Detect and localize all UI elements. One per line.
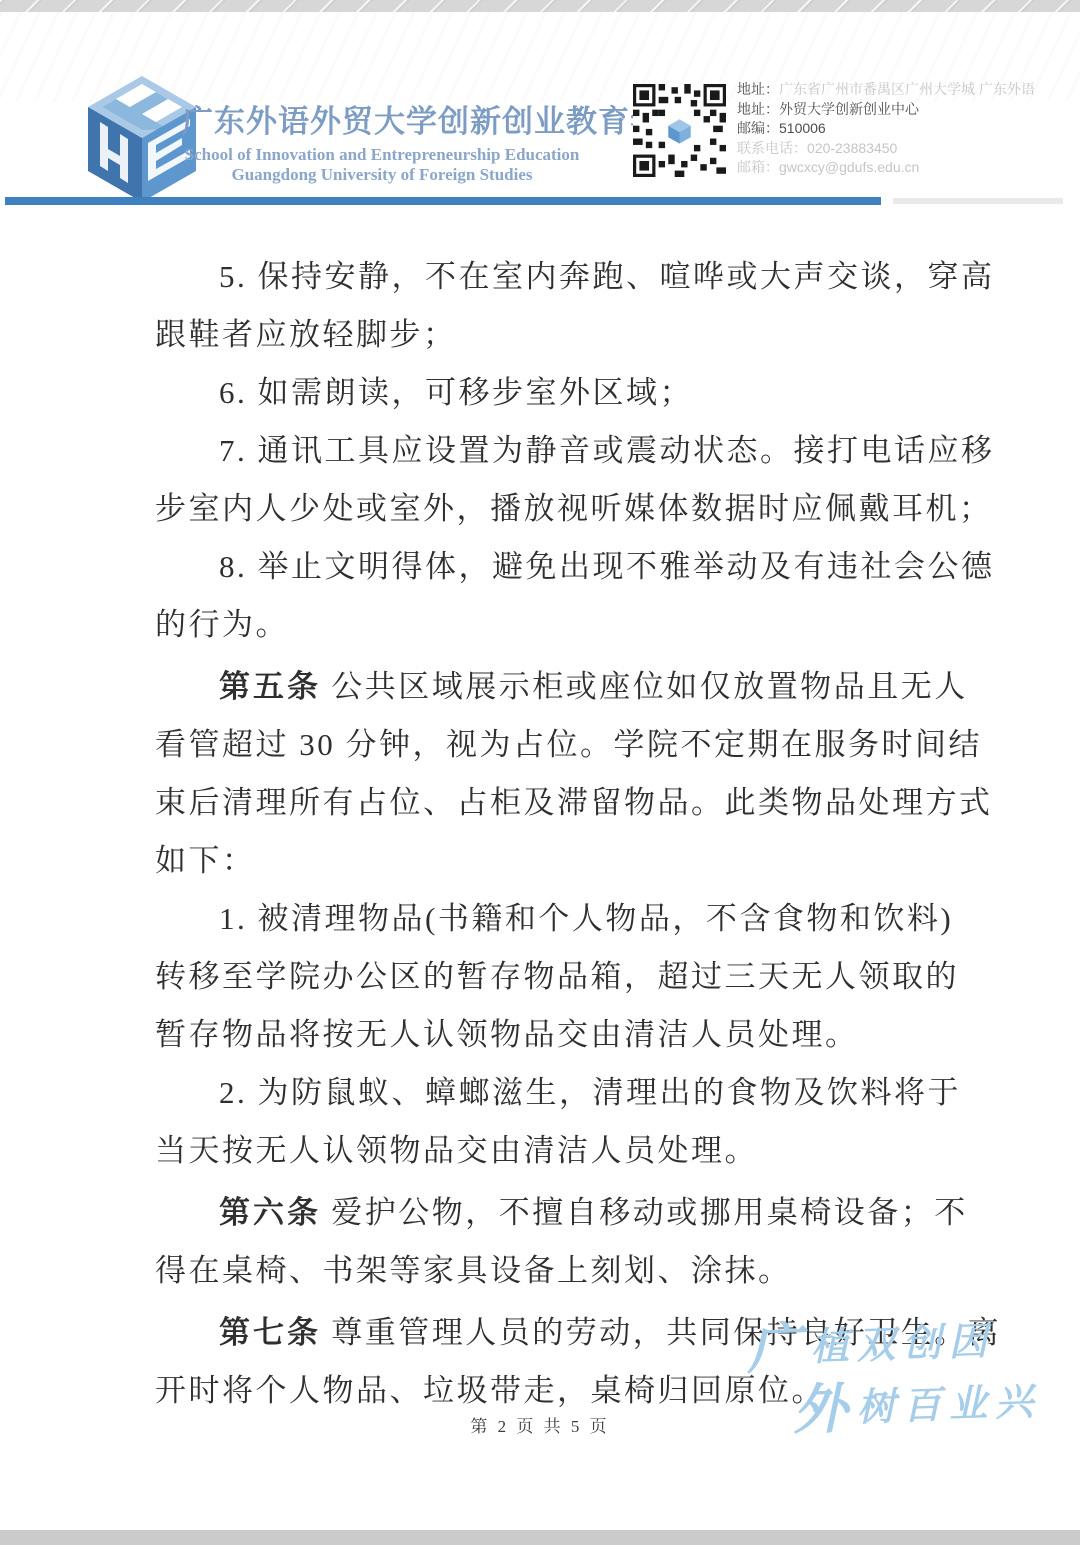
body-line: 步室内人少处或室外，播放视听媒体数据时应佩戴耳机；	[155, 480, 935, 538]
contact-info-block: 地址：广东省广州市番禺区广州大学城 广东外语 地址：外贸大学创新创业中心 邮编：…	[737, 80, 1067, 178]
document-body: 5. 保持安静，不在室内奔跑、喧哗或大声交谈，穿高 跟鞋者应放轻脚步； 6. 如…	[155, 248, 935, 1420]
contact-line-address-1: 地址：广东省广州市番禺区广州大学城 广东外语	[737, 80, 1067, 100]
body-line: 7. 通讯工具应设置为静音或震动状态。接打电话应移	[155, 422, 935, 480]
page-number-footer: 第 2 页 共 5 页	[0, 1412, 1080, 1437]
body-line-article-5: 第五条 公共区域展示柜或座位如仅放置物品且无人	[155, 658, 935, 716]
scanner-edge-bottom	[0, 1530, 1080, 1545]
school-title-en-2: Guangdong University of Foreign Studies	[182, 165, 582, 185]
contact-line-phone: 联系电话：020-23883450	[737, 139, 1067, 159]
scanner-edge-top	[0, 0, 1080, 12]
body-line: 1. 被清理物品(书籍和个人物品，不含食物和饮料)	[155, 890, 935, 948]
contact-line-postcode: 邮编：510006	[737, 119, 1067, 139]
body-line: 得在桌椅、书架等家具设备上刻划、涂抹。	[155, 1242, 935, 1300]
school-title-cn: 广东外语外贸大学创新创业教育学院	[182, 96, 582, 141]
header-rule-blue	[5, 197, 881, 205]
body-line: 当天按无人认领物品交由清洁人员处理。	[155, 1122, 935, 1180]
body-line: 束后清理所有占位、占柜及滞留物品。此类物品处理方式	[155, 774, 935, 832]
body-line: 8. 举止文明得体，避免出现不雅举动及有违社会公德	[155, 538, 935, 596]
contact-line-address-2: 地址：外贸大学创新创业中心	[737, 100, 1067, 120]
school-title-en-1: School of Innovation and Entrepreneurshi…	[182, 145, 582, 165]
body-line: 看管超过 30 分钟，视为占位。学院不定期在服务时间结	[155, 716, 935, 774]
body-line-article-7: 第七条 尊重管理人员的劳动，共同保持良好卫生。离	[155, 1304, 935, 1362]
letterhead-title-block: 广东外语外贸大学创新创业教育学院 School of Innovation an…	[182, 96, 582, 185]
body-line: 的行为。	[155, 596, 935, 654]
body-line: 5. 保持安静，不在室内奔跑、喧哗或大声交谈，穿高	[155, 248, 935, 306]
qr-code-icon	[633, 84, 726, 177]
body-line: 转移至学院办公区的暂存物品箱，超过三天无人领取的	[155, 948, 935, 1006]
body-line: 如下：	[155, 832, 935, 890]
body-line: 暂存物品将按无人认领物品交由清洁人员处理。	[155, 1006, 935, 1064]
body-line: 跟鞋者应放轻脚步；	[155, 306, 935, 364]
body-line-article-6: 第六条 爱护公物，不擅自移动或挪用桌椅设备；不	[155, 1184, 935, 1242]
body-line: 2. 为防鼠蚁、蟑螂滋生，清理出的食物及饮料将于	[155, 1064, 935, 1122]
header-rule-gray	[893, 198, 1063, 204]
body-line: 6. 如需朗读，可移步室外区域；	[155, 364, 935, 422]
contact-line-email: 邮箱：gwcxcy@gdufs.edu.cn	[737, 158, 1067, 178]
